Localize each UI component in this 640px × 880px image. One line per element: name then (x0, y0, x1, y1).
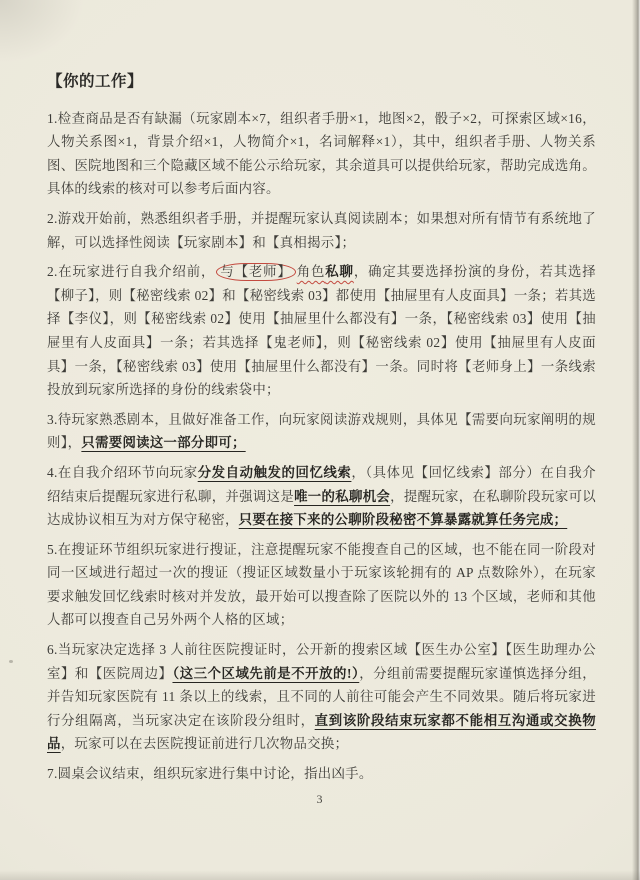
text-run: 与【老师】 (216, 263, 295, 281)
paragraph-4: 3.待玩家熟悉剧本，且做好准备工作，向玩家阅读游戏规则，具体见【需要向玩家阐明的… (47, 408, 596, 455)
page-number: 3 (0, 792, 640, 807)
text-run: 2.在玩家进行自我介绍前， (47, 264, 215, 279)
paragraph-2: 2.游戏开始前，熟悉组织者手册，并提醒玩家认真阅读剧本；如果想对所有情节有系统地… (47, 207, 596, 254)
text-run: ，玩家可以在去医院搜证前进行几次物品交换； (61, 736, 349, 751)
pen-mark (9, 660, 13, 663)
scanned-page: 【你的工作】 1.检查商品是否有缺漏（玩家剧本×7，组织者手册×1，地图×2，骰… (0, 0, 640, 880)
text-run: 分发自动触发的回忆线索 (198, 465, 352, 480)
text-run: 4.在自我介绍环节向玩家 (47, 465, 198, 480)
scan-edge-right (632, 0, 640, 880)
text-run: 只要在接下来的公聊阶段秘密不算暴露就算任务完成； (239, 512, 568, 527)
text-run: 2.游戏开始前，熟悉组织者手册，并提醒玩家认真阅读剧本；如果想对所有情节有系统地… (47, 211, 596, 250)
paragraph-6: 5.在搜证环节组织玩家进行搜证，注意提醒玩家不能搜查自己的区域，也不能在同一阶段… (47, 538, 596, 632)
scan-edge-bottom (0, 870, 640, 880)
text-run: 角色 (297, 264, 326, 279)
section-title: 【你的工作】 (47, 70, 596, 94)
paragraph-3: 2.在玩家进行自我介绍前，与【老师】角色私聊，确定其要选择扮演的身份，若其选择【… (47, 260, 596, 402)
paragraph-7: 6.当玩家决定选择 3 人前往医院搜证时，公开新的搜索区域【医生办公室】【医生助… (47, 638, 596, 756)
text-run: 唯一的私聊机会 (294, 489, 390, 504)
paragraph-8: 7.圆桌会议结束，组织玩家进行集中讨论，指出凶手。 (47, 762, 596, 786)
text-run: 7.圆桌会议结束，组织玩家进行集中讨论，指出凶手。 (47, 766, 373, 781)
text-run: 1.检查商品是否有缺漏（玩家剧本×7，组织者手册×1，地图×2，骰子×2，可探索… (47, 111, 596, 197)
paragraph-1: 1.检查商品是否有缺漏（玩家剧本×7，组织者手册×1，地图×2，骰子×2，可探索… (47, 107, 596, 201)
document-body: 【你的工作】 1.检查商品是否有缺漏（玩家剧本×7，组织者手册×1，地图×2，骰… (47, 70, 596, 792)
text-run: 5.在搜证环节组织玩家进行搜证，注意提醒玩家不能搜查自己的区域，也不能在同一阶段… (47, 542, 596, 628)
text-run: ，确定其要选择扮演的身份，若其选择【柳子】，则【秘密线索 02】和【秘密线索 0… (47, 264, 596, 397)
text-run: 私聊 (325, 264, 354, 279)
text-run: 只需要阅读这一部分即可； (81, 435, 245, 450)
paragraph-5: 4.在自我介绍环节向玩家分发自动触发的回忆线索，（具体见【回忆线索】部分）在自我… (47, 461, 596, 532)
text-run: （这三个区域先前是不开放的!） (172, 666, 359, 681)
